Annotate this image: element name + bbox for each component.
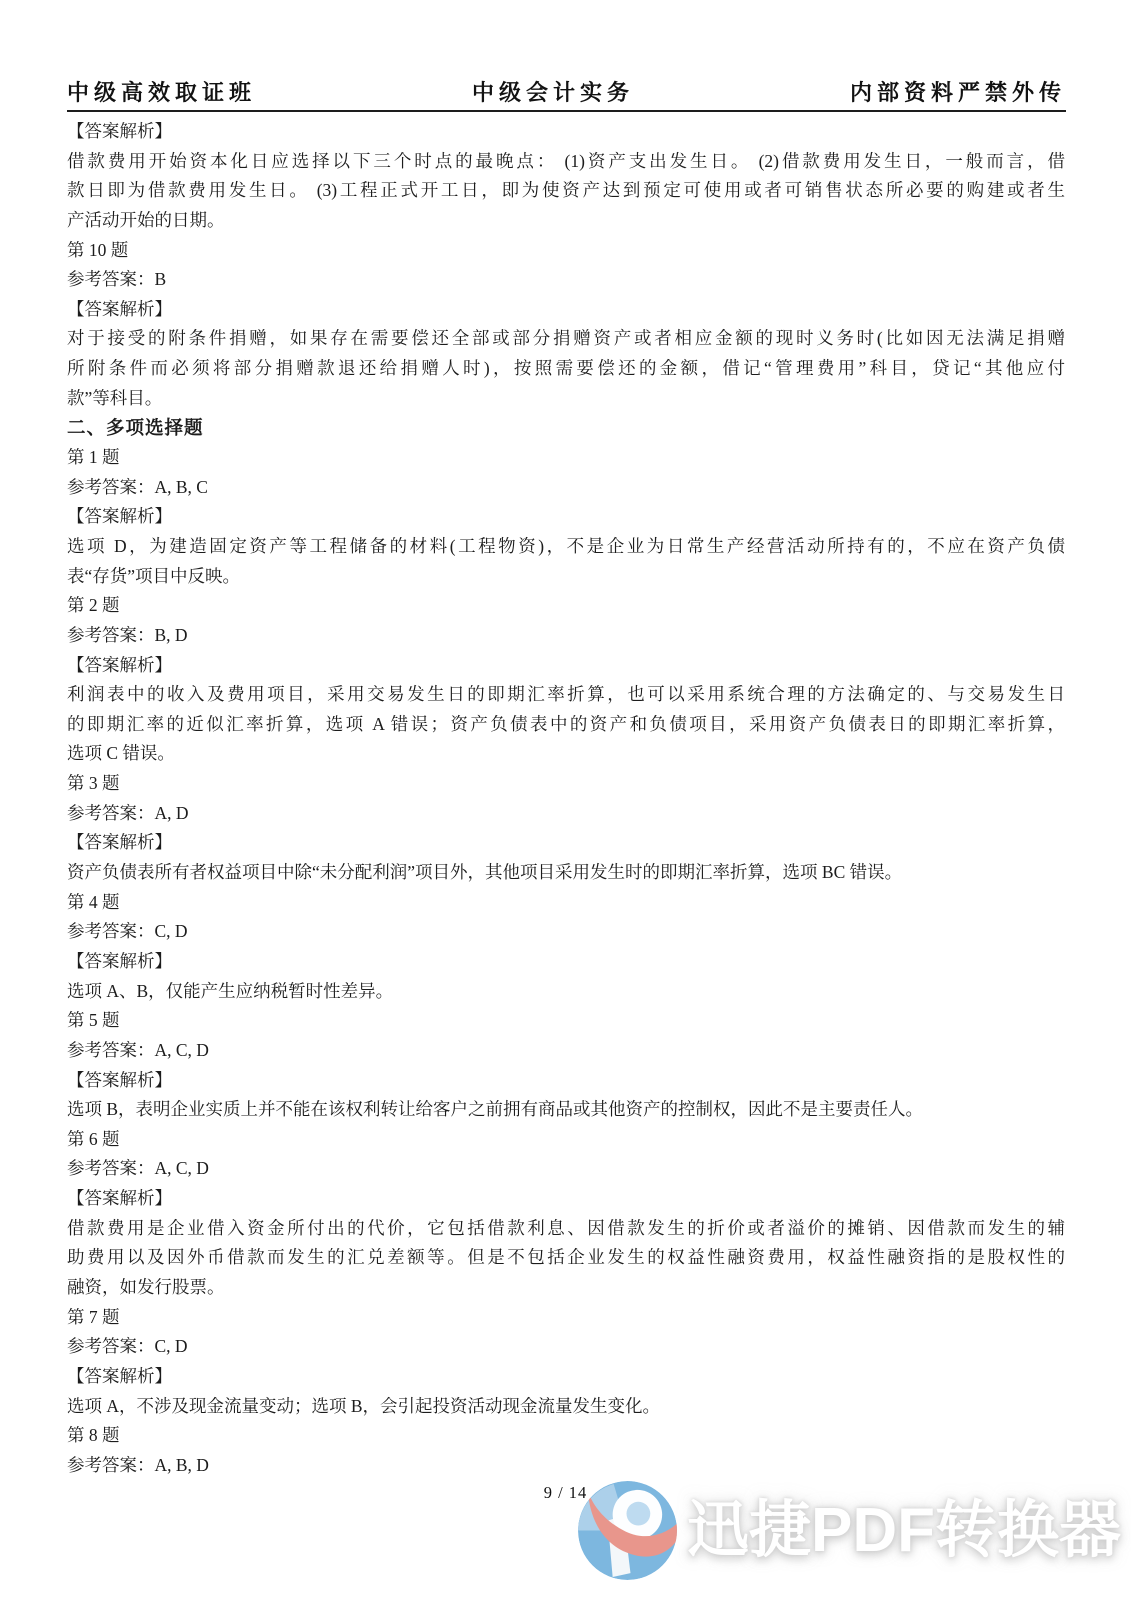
text-line: 【答案解析】	[67, 828, 1065, 858]
text-line: 产活动开始的日期。	[67, 206, 1065, 236]
text-line: 参考答案：A, B, D	[67, 1451, 1065, 1481]
text-line: 借款费用开始资本化日应选择以下三个时点的最晚点： (1)资产支出发生日。 (2)…	[67, 147, 1065, 177]
text-line: 参考答案：A, C, D	[67, 1036, 1065, 1066]
text-line: 资产负债表所有者权益项目中除“未分配利润”项目外，其他项目采用发生时的即期汇率折…	[67, 858, 1065, 888]
text-line: 的即期汇率的近似汇率折算，选项 A 错误；资产负债表中的资产和负债项目，采用资产…	[67, 710, 1065, 740]
text-line: 第 5 题	[67, 1006, 1065, 1036]
text-line: 【答案解析】	[67, 1362, 1065, 1392]
text-line: 款日即为借款费用发生日。 (3)工程正式开工日，即为使资产达到预定可使用或者可销…	[67, 176, 1065, 206]
document-page: 中级高效取证班 中级会计实务 内部资料严禁外传 【答案解析】借款费用开始资本化日…	[0, 0, 1131, 1600]
text-line: 【答案解析】	[67, 947, 1065, 977]
header-subject-title: 中级会计实务	[472, 80, 634, 106]
page-header: 中级高效取证班 中级会计实务 内部资料严禁外传	[67, 80, 1066, 106]
text-line: 选项 B，表明企业实质上并不能在该权利转让给客户之前拥有商品或其他资产的控制权，…	[67, 1095, 1065, 1125]
text-line: 选项 C 错误。	[67, 739, 1065, 769]
text-line: 融资，如发行股票。	[67, 1273, 1065, 1303]
text-line: 第 8 题	[67, 1421, 1065, 1451]
text-line: 款”等科目。	[67, 384, 1065, 414]
header-confidential-notice: 内部资料严禁外传	[850, 80, 1066, 106]
text-line: 第 4 题	[67, 888, 1065, 918]
text-line: 第 1 题	[67, 443, 1065, 473]
text-line: 第 10 题	[67, 236, 1065, 266]
text-line: 参考答案：C, D	[67, 1332, 1065, 1362]
header-divider	[67, 110, 1066, 112]
text-line: 借款费用是企业借入资金所付出的代价，它包括借款利息、因借款发生的折价或者溢价的摊…	[67, 1214, 1065, 1244]
text-line: 选项 D，为建造固定资产等工程储备的材料(工程物资)，不是企业为日常生产经营活动…	[67, 532, 1065, 562]
text-line: 【答案解析】	[67, 117, 1065, 147]
text-line: 第 3 题	[67, 769, 1065, 799]
text-line: 助费用以及因外币借款而发生的汇兑差额等。但是不包括企业发生的权益性融资费用，权益…	[67, 1243, 1065, 1273]
text-line: 选项 A，不涉及现金流量变动；选项 B，会引起投资活动现金流量发生变化。	[67, 1392, 1065, 1422]
text-line: 参考答案：B, D	[67, 621, 1065, 651]
text-line: 【答案解析】	[67, 295, 1065, 325]
text-line: 【答案解析】	[67, 1066, 1065, 1096]
text-line: 所附条件而必须将部分捐赠款退还给捐赠人时)，按照需要偿还的金额，借记“管理费用”…	[67, 354, 1065, 384]
text-line: 表“存货”项目中反映。	[67, 562, 1065, 592]
header-course-name: 中级高效取证班	[67, 80, 256, 106]
text-line: 第 2 题	[67, 591, 1065, 621]
text-line: 【答案解析】	[67, 502, 1065, 532]
text-line: 第 7 题	[67, 1303, 1065, 1333]
text-line: 参考答案：C, D	[67, 917, 1065, 947]
page-number: 9 / 14	[0, 1483, 1131, 1503]
text-line: 参考答案：A, D	[67, 799, 1065, 829]
text-line: 选项 A、B，仅能产生应纳税暂时性差异。	[67, 977, 1065, 1007]
text-line: 【答案解析】	[67, 651, 1065, 681]
watermark-text: 迅捷PDF转换器	[687, 1500, 1121, 1562]
section-heading: 二、多项选择题	[67, 413, 1065, 443]
text-line: 第 6 题	[67, 1125, 1065, 1155]
text-line: 利润表中的收入及费用项目，采用交易发生日的即期汇率折算，也可以采用系统合理的方法…	[67, 680, 1065, 710]
document-body: 【答案解析】借款费用开始资本化日应选择以下三个时点的最晚点： (1)资产支出发生…	[67, 117, 1065, 1480]
text-line: 对于接受的附条件捐赠，如果存在需要偿还全部或部分捐赠资产或者相应金额的现时义务时…	[67, 324, 1065, 354]
text-line: 【答案解析】	[67, 1184, 1065, 1214]
text-line: 参考答案：A, B, C	[67, 473, 1065, 503]
text-line: 参考答案：A, C, D	[67, 1154, 1065, 1184]
text-line: 参考答案：B	[67, 265, 1065, 295]
